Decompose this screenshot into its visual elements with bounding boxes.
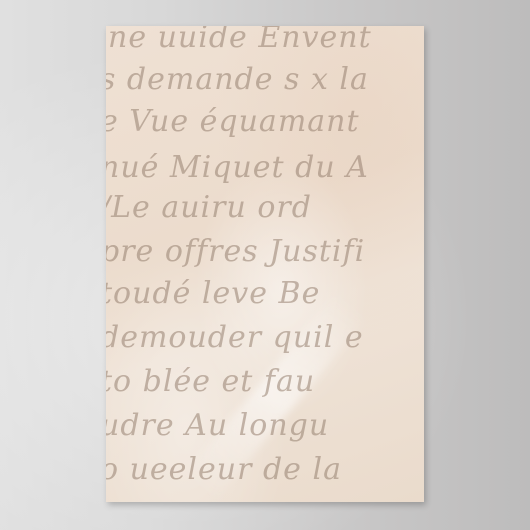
script-line: s demande s x la xyxy=(106,62,369,97)
script-line: e Vue équamant xyxy=(106,104,360,139)
script-line: pre offres Justifi xyxy=(106,234,365,269)
script-line: to blée et fau xyxy=(106,364,315,399)
script-line: ne uuide Envent xyxy=(108,26,372,55)
script-line: toudé leve Be xyxy=(106,276,320,311)
script-line: udre Au longu xyxy=(106,408,329,443)
script-line: demouder quil e xyxy=(106,320,364,355)
script-poster: ne uuide Envent s demande s x la e Vue é… xyxy=(106,26,424,502)
script-line: o ueeleur de la xyxy=(106,452,342,487)
script-line: /Le auiru ord xyxy=(106,190,312,225)
script-line: nué Miquet du A xyxy=(106,150,369,185)
